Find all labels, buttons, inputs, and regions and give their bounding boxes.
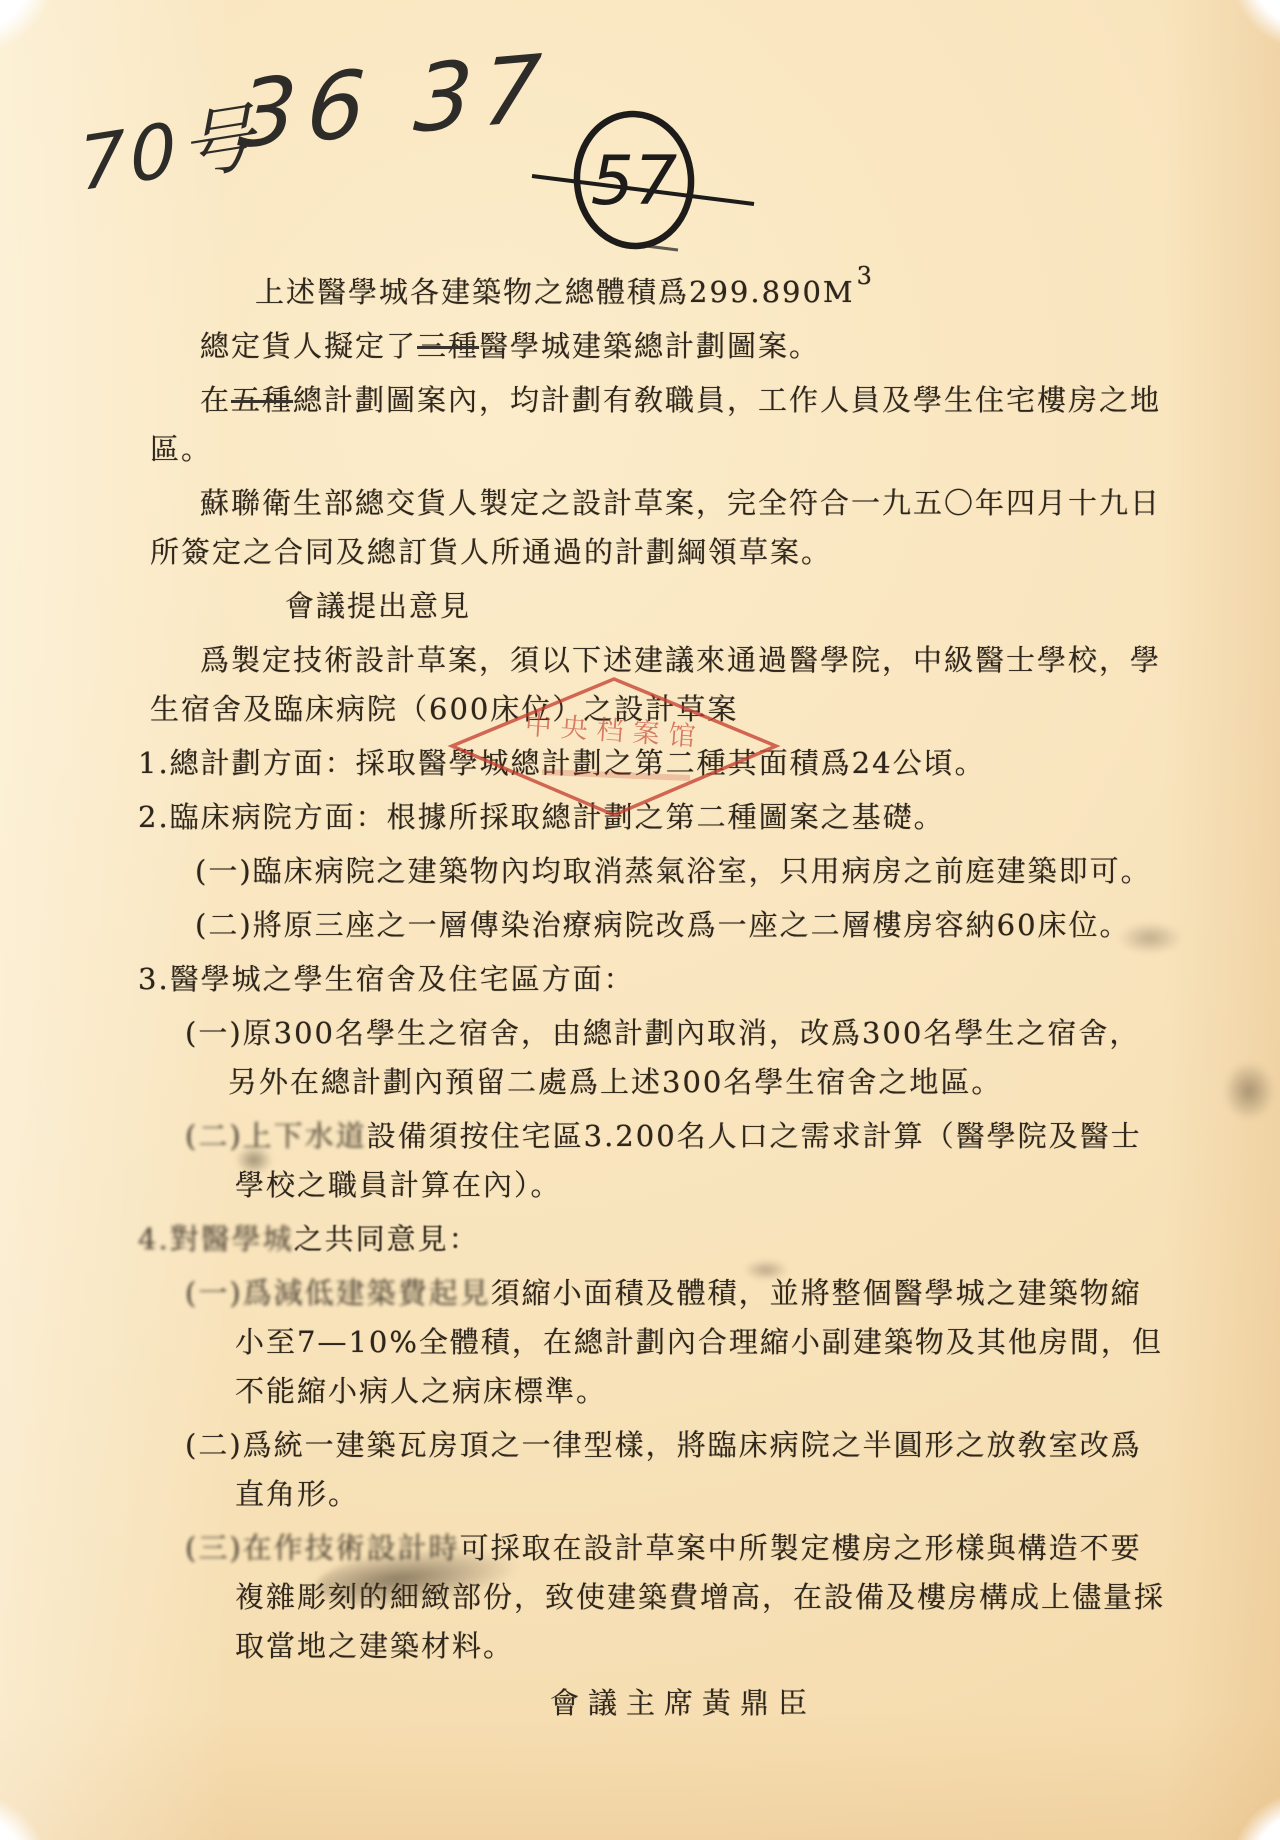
scanned-document-page: 70号 36 37 57 上述醫學城各建築物之總體積爲299.890M3 總定貨… bbox=[0, 0, 1280, 1840]
ink-smudge bbox=[236, 1146, 272, 1174]
struck-text: 三種 bbox=[417, 329, 479, 363]
superscript-3: 3 bbox=[857, 262, 872, 290]
doc-subitem-3-2: (二)上下水道設備須按住宅區3.200名人口之需求計算（醫學院及醫士學校之職員計… bbox=[150, 1112, 1166, 1210]
document-body: 上述醫學城各建築物之總體積爲299.890M3 總定貨人擬定了三種醫學城建築總計… bbox=[150, 252, 1166, 1733]
doc-item-4-common-opinions: 4.對醫學城之共同意見： bbox=[150, 1215, 1166, 1264]
doc-line-soviet-ministry: 蘇聯衛生部總交貨人製定之設計草案，完全符合一九五〇年四月十九日所簽定之合同及總訂… bbox=[150, 479, 1166, 577]
doc-heading-meeting-opinions: 會議提出意見 bbox=[150, 582, 1166, 631]
doc-subitem-4-1: (一)爲減低建築費起見須縮小面積及體積，並將整個醫學城之建築物縮小至7—10%全… bbox=[150, 1269, 1166, 1416]
doc-subitem-4-2: (二)爲統一建築瓦房頂之一律型樣，將臨床病院之半圓形之放敎室改爲直角形。 bbox=[150, 1421, 1166, 1519]
ink-smudge bbox=[1118, 922, 1182, 954]
doc-line-plans-drafted: 總定貨人擬定了三種醫學城建築總計劃圖案。 bbox=[150, 322, 1166, 371]
handwritten-numbers-top: 36 37 bbox=[236, 34, 554, 169]
struck-text: 五種 bbox=[231, 383, 293, 417]
doc-line-five-plans: 在五種總計劃圖案內，均計劃有敎職員，工作人員及學生住宅樓房之地區。 bbox=[150, 376, 1166, 474]
handwritten-number-left: 70号 bbox=[76, 78, 260, 213]
doc-line-total-volume: 上述醫學城各建築物之總體積爲299.890M3 bbox=[150, 252, 1166, 317]
archive-stamp: 中央档案馆 bbox=[446, 676, 782, 822]
doc-item-3-dormitories: 3.醫學城之學生宿舍及住宅區方面： bbox=[150, 955, 1166, 1004]
stamp-text: 中央档案馆 bbox=[524, 710, 706, 753]
doc-subitem-4-3: (三)在作技術設計時可採取在設計草案中所製定樓房之形樣與構造不要複雜彫刻的細緻部… bbox=[150, 1524, 1166, 1671]
doc-subitem-3-1: (一)原300名學生之宿舍，由總計劃內取消，改爲300名學生之宿舍，另外在總計劃… bbox=[150, 1009, 1166, 1107]
signature-meeting-chairman: 會議主席黃鼎臣 bbox=[550, 1679, 1166, 1728]
doc-subitem-2-1: (一)臨床病院之建築物內均取消蒸氣浴室，只用病房之前庭建築即可。 bbox=[150, 847, 1166, 896]
doc-subitem-2-2: (二)將原三座之一層傳染治療病院改爲一座之二層樓房容納60床位。 bbox=[150, 901, 1166, 950]
ink-smudge bbox=[744, 1260, 788, 1280]
ink-smudge bbox=[1224, 1062, 1274, 1120]
circled-number-text: 57 bbox=[591, 142, 678, 221]
